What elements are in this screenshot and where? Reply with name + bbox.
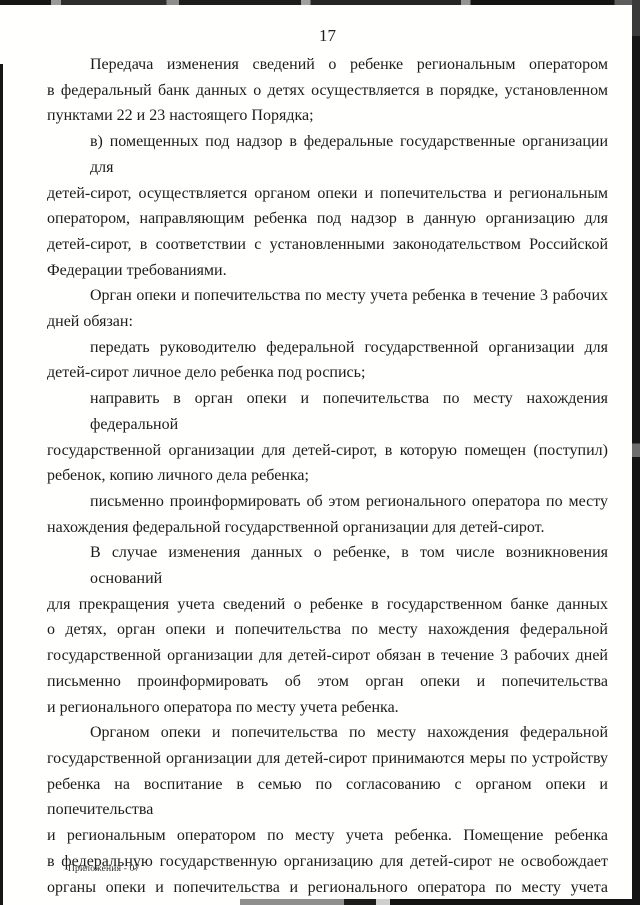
text-line: о детях, орган опеки и попечительства по… <box>47 617 608 643</box>
paragraph: Орган опеки и попечительства по месту уч… <box>47 283 608 334</box>
text-line: для прекращения учета сведений о ребенке… <box>47 592 608 618</box>
document-page: 17 Передача изменения сведений о ребенке… <box>0 0 640 905</box>
text-line: государственной организации для детей-си… <box>47 438 608 464</box>
text-line: дней обязан: <box>47 309 608 335</box>
text-line: Федерации требованиями. <box>47 258 608 284</box>
text-line: ребенок, копию личного дела ребенка; <box>47 463 608 489</box>
paragraph: письменно проинформировать об этом регио… <box>47 489 608 540</box>
paragraph: направить в орган опеки и попечительства… <box>47 386 608 489</box>
page-number: 17 <box>47 26 608 46</box>
document-body: Передача изменения сведений о ребенке ре… <box>47 52 608 900</box>
text-line: в) помещенных под надзор в федеральные г… <box>47 129 608 180</box>
text-line: письменно проинформировать об этом орган… <box>47 669 608 695</box>
text-line: ребенка на воспитание в семью по согласо… <box>47 772 608 823</box>
scan-edge-top <box>0 0 640 5</box>
text-line: детей-сирот, в соответствии с установлен… <box>47 232 608 258</box>
text-line: органы опеки и попечительства и регионал… <box>47 875 608 901</box>
paragraph: в) помещенных под надзор в федеральные г… <box>47 129 608 283</box>
text-line: государственной организации для детей-си… <box>47 746 608 772</box>
text-line: передать руководителю федеральной госуда… <box>47 335 608 361</box>
text-line: в федеральный банк данных о детях осущес… <box>47 78 608 104</box>
paragraph: передать руководителю федеральной госуда… <box>47 335 608 386</box>
text-line: письменно проинформировать об этом регио… <box>47 489 608 515</box>
text-line: В случае изменения данных о ребенке, в т… <box>47 540 608 591</box>
text-line: пунктами 22 и 23 настоящего Порядка; <box>47 103 608 129</box>
text-line: оператором, направляющим ребенка под над… <box>47 206 608 232</box>
footer-text: Приложения - 07 <box>68 864 140 874</box>
text-line: детей-сирот личное дело ребенка под росп… <box>47 360 608 386</box>
scan-edge-right <box>632 0 640 905</box>
scan-edge-left <box>0 64 3 905</box>
text-line: Передача изменения сведений о ребенке ре… <box>47 52 608 78</box>
text-line: нахождения федеральной государственной о… <box>47 515 608 541</box>
text-line: государственной организации для детей-си… <box>47 643 608 669</box>
text-line: направить в орган опеки и попечительства… <box>47 386 608 437</box>
paragraph: В случае изменения данных о ребенке, в т… <box>47 540 608 720</box>
text-line: Органом опеки и попечительства по месту … <box>47 720 608 746</box>
text-line: Орган опеки и попечительства по месту уч… <box>47 283 608 309</box>
text-line: детей-сирот, осуществляется органом опек… <box>47 181 608 207</box>
text-line: и региональным оператором по месту учета… <box>47 823 608 849</box>
text-line: и регионального оператора по месту учета… <box>47 695 608 721</box>
paragraph: Передача изменения сведений о ребенке ре… <box>47 52 608 129</box>
